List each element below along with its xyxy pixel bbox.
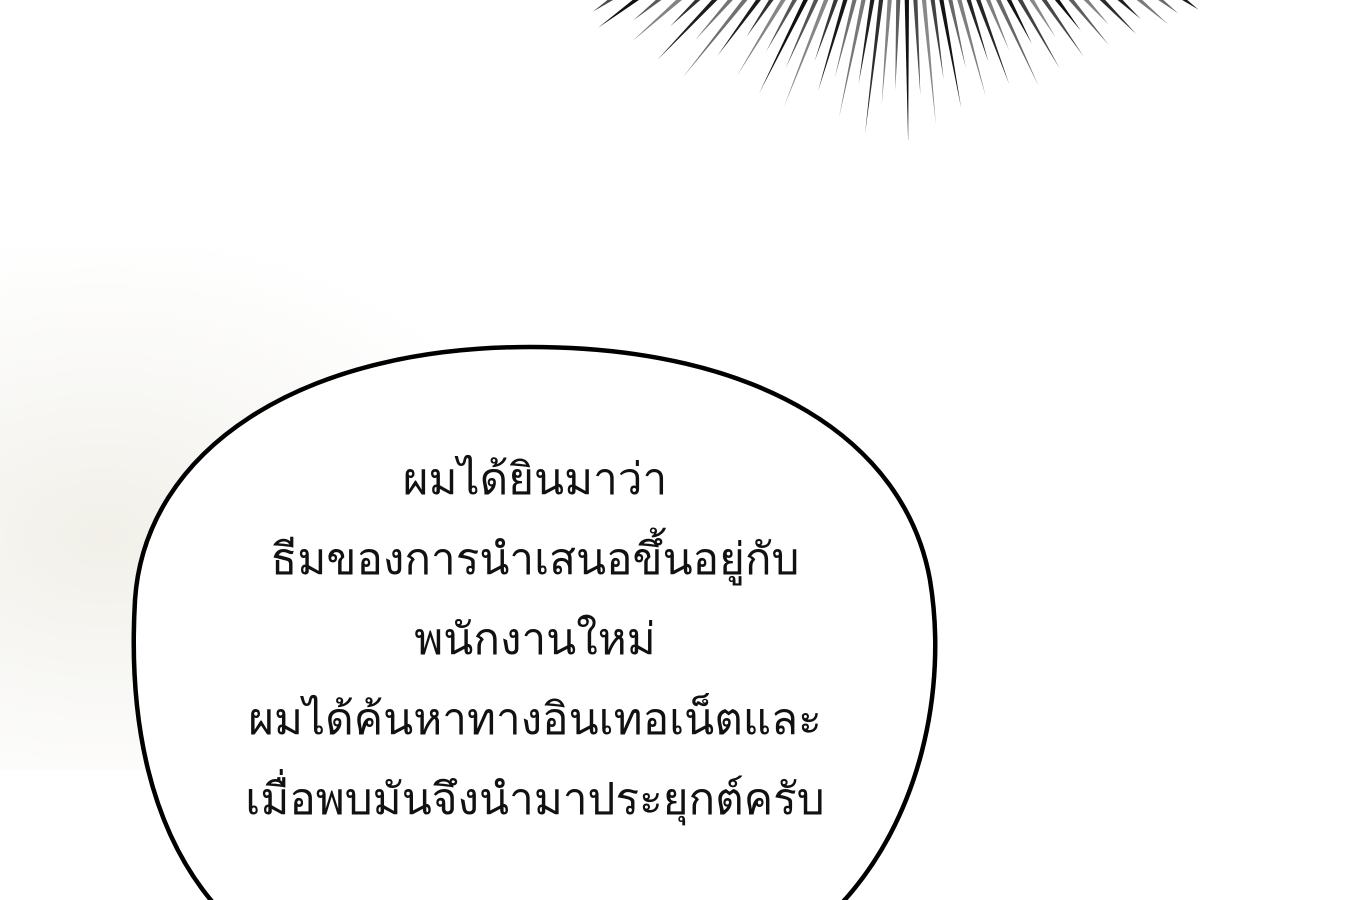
bubble-line-5: เมื่อพบมันจึงนำมาประยุกต์ครับ	[150, 760, 920, 840]
bubble-line-4: ผมได้ค้นหาทางอินเทอเน็ตและ	[150, 680, 920, 760]
comic-panel: ผมได้ยินมาว่า ธีมของการนำเสนอขึ้นอยู่กับ…	[0, 0, 1350, 900]
bubble-line-3: พนักงานใหม่	[150, 600, 920, 680]
bubble-line-1: ผมได้ยินมาว่า	[150, 440, 920, 520]
speech-bubble-text: ผมได้ยินมาว่า ธีมของการนำเสนอขึ้นอยู่กับ…	[150, 440, 920, 840]
bubble-line-2: ธีมของการนำเสนอขึ้นอยู่กับ	[150, 520, 920, 600]
